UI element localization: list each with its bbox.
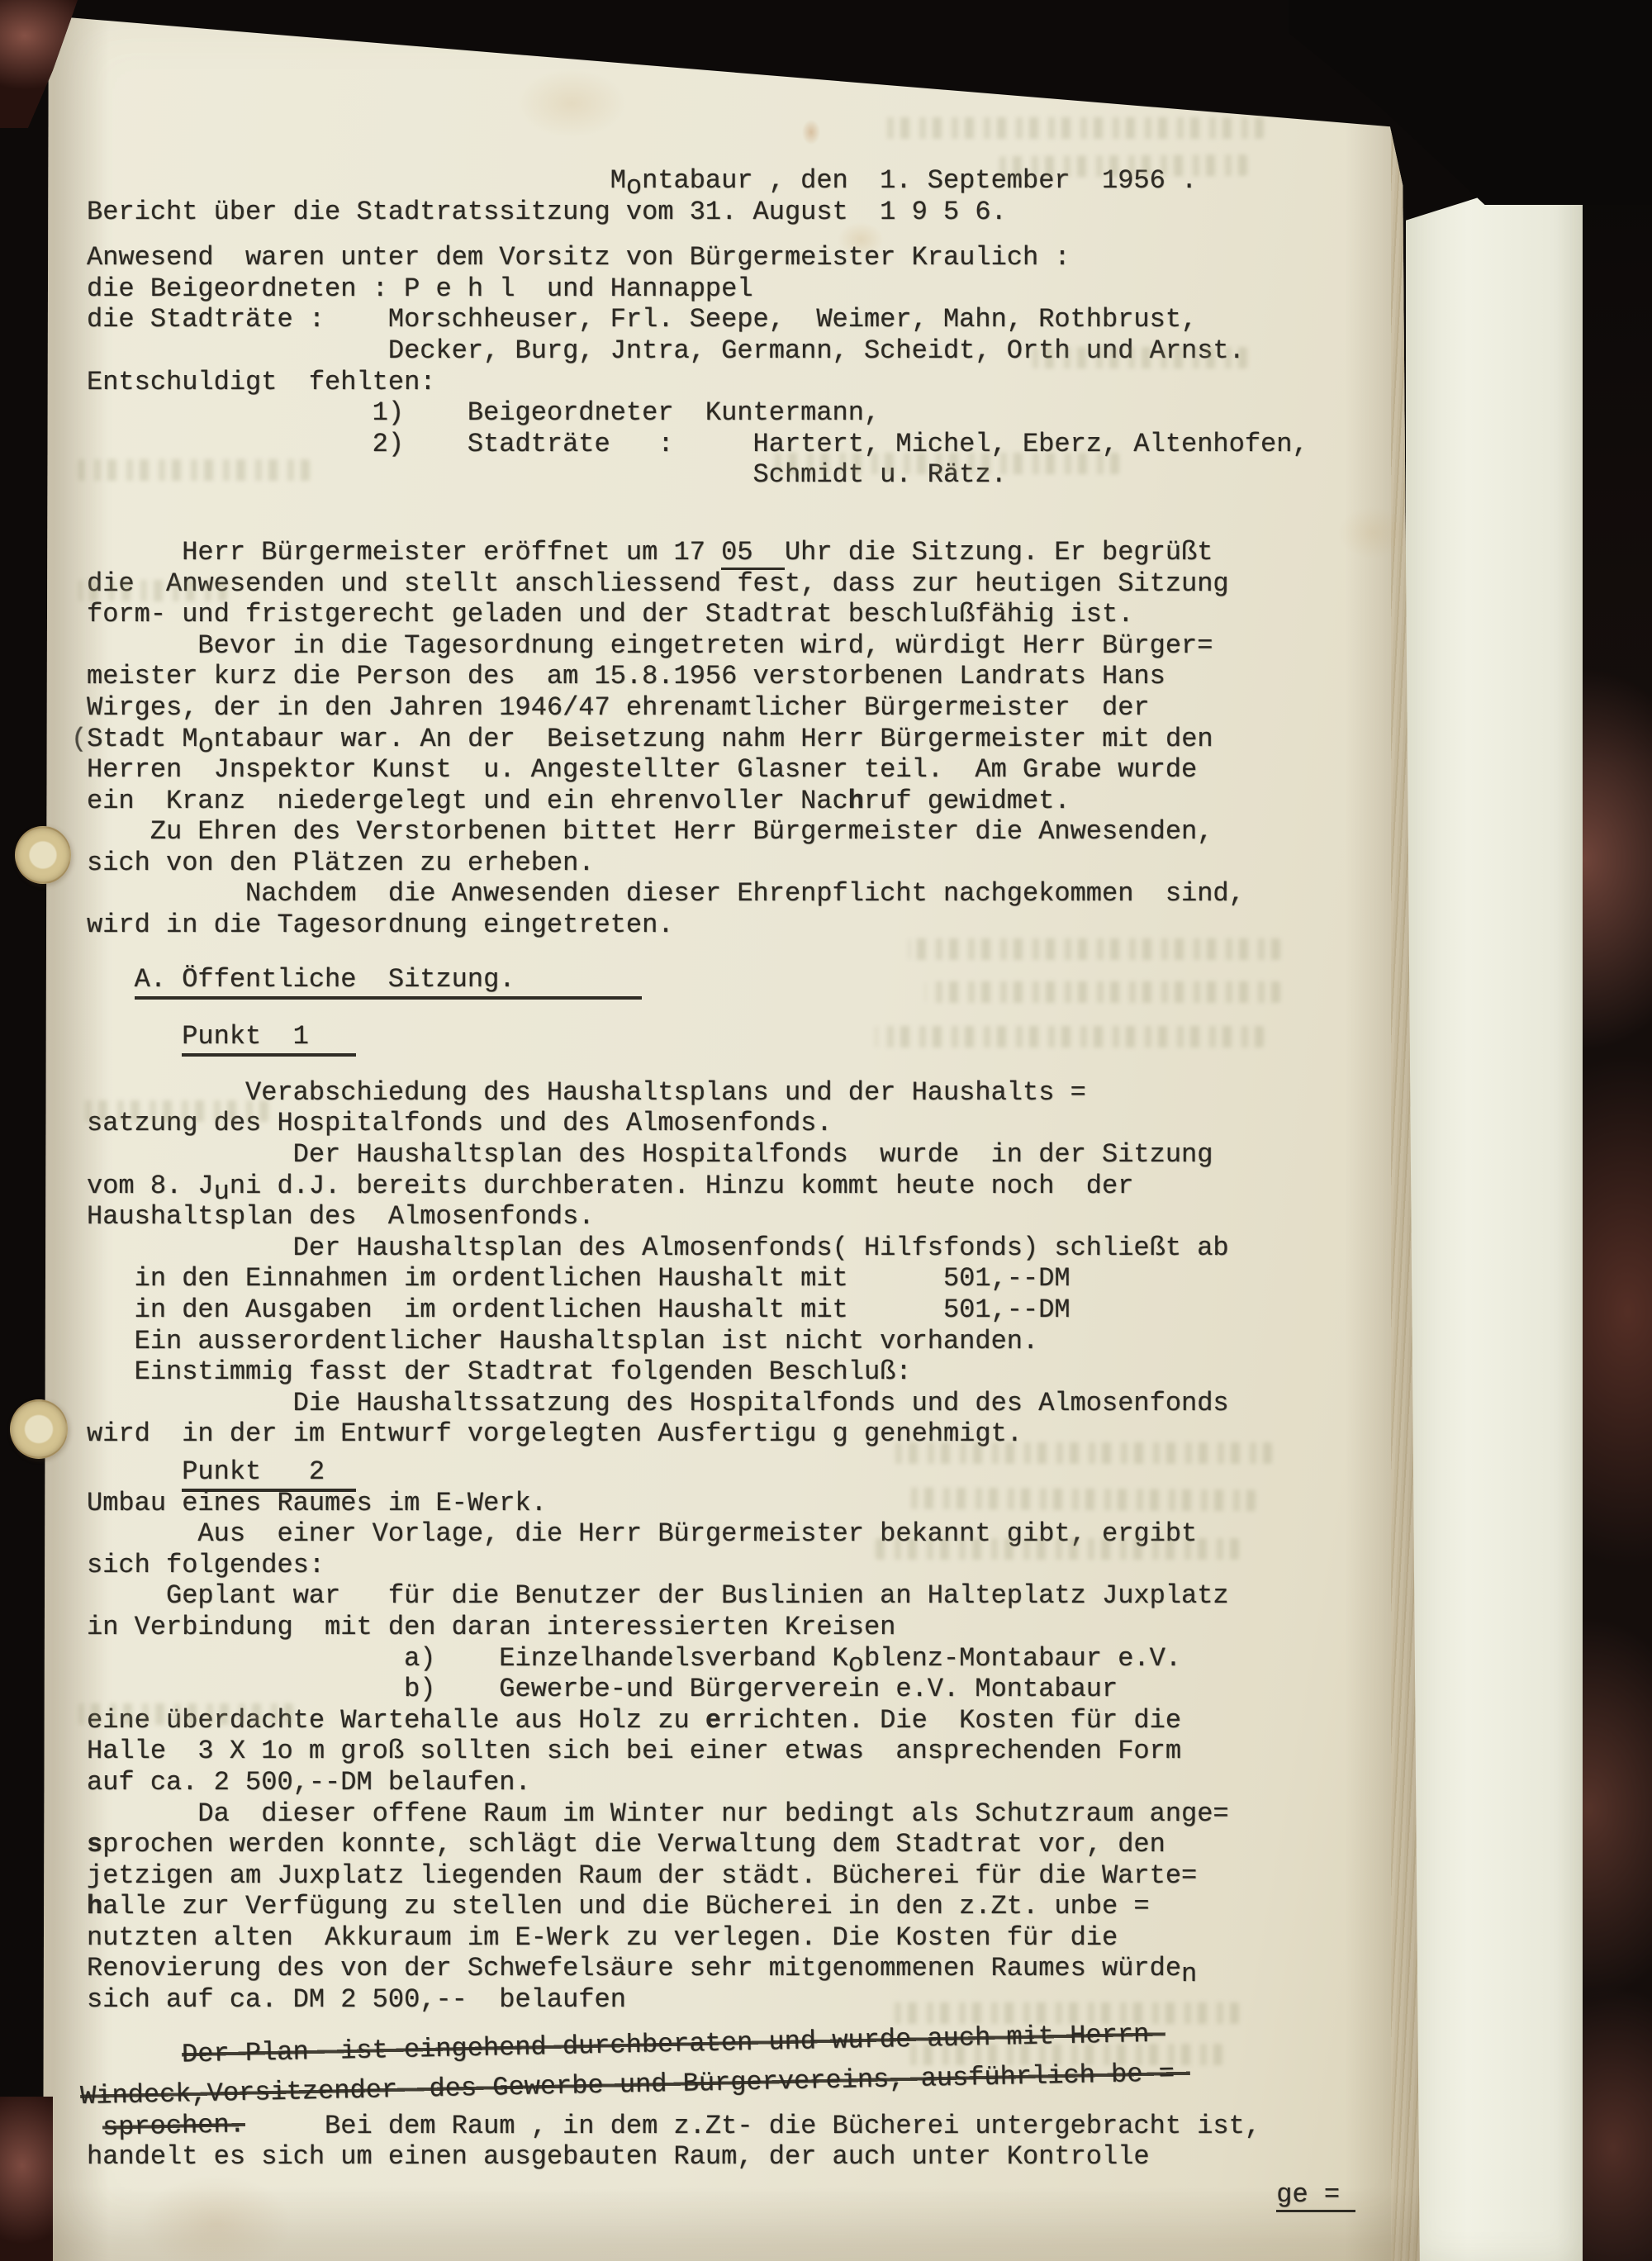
text-line: wird in die Tagesordnung eingetreten.	[87, 910, 1392, 941]
text-line: Herr Bürgermeister eröffnet um 17 05 Uhr…	[87, 537, 1392, 568]
text-segment-strike: sprochen.	[102, 2109, 246, 2143]
text-segment: Zu Ehren des Verstorbenen bittet Herr Bü…	[87, 816, 1213, 847]
text-segment	[87, 964, 135, 995]
text-segment-u: 05	[721, 537, 785, 570]
text-line: die Beigeordneten : P e h l und Hannappe…	[87, 273, 1392, 305]
text-segment: ni d.J. bereits durchberaten. Hinzu komm…	[230, 1171, 1134, 1201]
text-line: Da dieser offene Raum im Winter nur bedi…	[87, 1798, 1392, 1830]
text-segment	[87, 2111, 102, 2141]
text-line: Wirges, der in den Jahren 1946/47 ehrena…	[87, 692, 1392, 724]
text-segment: ntabaur war. An der Beisetzung nahm Herr…	[214, 724, 1213, 754]
text-segment: Da dieser offene Raum im Winter nur bedi…	[87, 1798, 1229, 1829]
text-segment: nutzten alten Akkuraum im E-Werk zu verl…	[87, 1922, 1118, 1953]
text-line: A. Öffentliche Sitzung.	[87, 964, 1392, 995]
text-line: a) Einzelhandelsverband Koblenz-Montabau…	[87, 1643, 1392, 1674]
text-segment	[87, 2029, 182, 2059]
text-segment: Einstimmig fasst der Stadtrat folgenden …	[87, 1356, 912, 1387]
text-line: Geplant war für die Benutzer der Buslini…	[87, 1580, 1392, 1612]
text-line: Punkt 2	[87, 1456, 1392, 1488]
text-line: sprochen werden konnte, schlägt die Verw…	[87, 1829, 1392, 1860]
text-segment: Haushaltsplan des Almosenfonds.	[87, 1201, 595, 1232]
text-line: Nachdem die Anwesenden dieser Ehrenpflic…	[87, 878, 1392, 910]
text-segment-sub: o	[198, 729, 214, 761]
text-segment: Der Haushaltsplan des Hospitalfonds wurd…	[87, 1139, 1213, 1170]
text-segment: Verabschiedung des Haushaltsplans und de…	[87, 1077, 1086, 1108]
text-line: Windeck,Vorsitzender des Gewerbe und Bür…	[80, 2069, 1392, 2101]
text-line: in den Einnahmen im ordentlichen Haushal…	[87, 1263, 1392, 1294]
text-line: Decker, Burg, Jntra, Germann, Scheidt, O…	[87, 335, 1392, 367]
photographed-book-page: { "colors": { "page": "#eae6d4", "ink": …	[0, 0, 1652, 2261]
text-segment: Herr Bürgermeister eröffnet um 17	[87, 537, 721, 568]
text-line: b) Gewerbe-und Bürgerverein e.V. Montaba…	[87, 1674, 1392, 1705]
text-line: Umbau eines Raumes im E-Werk.	[87, 1488, 1392, 1519]
text-segment-b: s	[87, 1829, 102, 1860]
text-segment: satzung des Hospitalfonds und des Almose…	[87, 1108, 833, 1138]
text-line: Halle 3 X 1o m groß sollten sich bei ein…	[87, 1736, 1392, 1767]
text-segment: Bericht über die Stadtratssitzung vom 31…	[87, 197, 1007, 227]
text-line: Ein ausserordentlicher Haushaltsplan ist…	[87, 1326, 1392, 1357]
text-segment-b: e	[705, 1705, 721, 1736]
text-segment: Geplant war für die Benutzer der Buslini…	[87, 1580, 1229, 1611]
text-segment: in den Einnahmen im ordentlichen Haushal…	[87, 1263, 1070, 1294]
text-segment-u2: Punkt 2	[182, 1456, 356, 1492]
text-segment	[87, 1021, 182, 1052]
text-segment-u2: Punkt 1	[182, 1021, 356, 1057]
text-line: vom 8. Juni d.J. bereits durchberaten. H…	[87, 1171, 1392, 1202]
text-segment	[87, 2179, 1276, 2210]
text-segment: ntabaur , den 1. September 1956 .	[642, 165, 1197, 196]
text-line: die Stadträte : Morschheuser, Frl. Seepe…	[87, 304, 1392, 335]
text-segment: Der Haushaltsplan des Almosenfonds( Hilf…	[87, 1233, 1229, 1263]
text-line: Der Haushaltsplan des Almosenfonds( Hilf…	[87, 1233, 1392, 1264]
text-segment: Schmidt u. Rätz.	[87, 459, 1007, 490]
text-line: 2) Stadträte : Hartert, Michel, Eberz, A…	[87, 429, 1392, 460]
text-segment	[87, 1456, 182, 1487]
text-line: Die Haushaltssatzung des Hospitalfonds u…	[87, 1388, 1392, 1419]
text-line: (Stadt Montabaur war. An der Beisetzung …	[71, 724, 1392, 755]
text-line: sprochen. Bei dem Raum , in dem z.Zt- di…	[87, 2111, 1392, 2142]
text-segment: 1) Beigeordneter Kuntermann,	[87, 397, 880, 428]
text-segment-sub: o	[848, 1649, 864, 1680]
text-line: ein Kranz niedergelegt und ein ehrenvoll…	[87, 786, 1392, 817]
text-segment: Stadt M	[87, 724, 197, 754]
text-segment: Uhr die Sitzung. Er begrüßt	[785, 537, 1213, 568]
text-line: Entschuldigt fehlten:	[87, 367, 1392, 398]
text-line: Punkt 1	[87, 1021, 1392, 1052]
text-segment: wird in die Tagesordnung eingetreten.	[87, 910, 674, 940]
book-cover-bottom-left-corner	[0, 2097, 53, 2261]
text-segment: alle zur Verfügung zu stellen und die Bü…	[102, 1891, 1149, 1921]
text-line: Haushaltsplan des Almosenfonds.	[87, 1201, 1392, 1233]
text-line: sich folgendes:	[87, 1550, 1392, 1581]
text-line: nutzten alten Akkuraum im E-Werk zu verl…	[87, 1922, 1392, 1954]
text-line: Zu Ehren des Verstorbenen bittet Herr Bü…	[87, 816, 1392, 848]
text-segment: Bei dem Raum , in dem z.Zt- die Bücherei…	[245, 2111, 1260, 2141]
text-line: meister kurz die Person des am 15.8.1956…	[87, 661, 1392, 692]
text-segment: Wirges, der in den Jahren 1946/47 ehrena…	[87, 692, 1150, 723]
text-segment: blenz-Montabaur e.V.	[864, 1643, 1181, 1674]
text-line: die Anwesenden und stellt anschliessend …	[87, 568, 1392, 600]
text-segment: vom 8. J	[87, 1171, 214, 1201]
text-line: eine überdachte Wartehalle aus Holz zu e…	[87, 1705, 1392, 1736]
text-segment: Umbau eines Raumes im E-Werk.	[87, 1488, 547, 1518]
text-line: Bericht über die Stadtratssitzung vom 31…	[87, 197, 1392, 228]
text-segment: die Beigeordneten : P e h l und Hannappe…	[87, 273, 753, 304]
text-segment-u2: A. Öffentliche Sitzung.	[135, 964, 643, 1000]
text-line: ge =	[87, 2179, 1392, 2211]
text-segment-faint: (	[71, 724, 87, 754]
text-segment-sub: o	[626, 171, 642, 202]
text-segment: sich folgendes:	[87, 1550, 325, 1580]
text-segment: die Stadträte : Morschheuser, Frl. Seepe…	[87, 304, 1197, 335]
text-segment-b: h	[848, 786, 864, 816]
text-segment: Aus einer Vorlage, die Herr Bürgermeiste…	[87, 1518, 1197, 1549]
underlying-page-stack	[1406, 170, 1583, 2261]
text-segment: jetzigen am Juxplatz liegenden Raum der …	[87, 1860, 1197, 1891]
text-segment: in den Ausgaben im ordentlichen Haushalt…	[87, 1294, 1070, 1325]
typed-text: Montabaur , den 1. September 1956 .Beric…	[87, 165, 1392, 2211]
text-line: Der Plan ist eingehend durchberaten und …	[87, 2029, 1392, 2060]
text-segment-u: ge =	[1276, 2179, 1355, 2212]
text-line: in Verbindung mit den daran interessiert…	[87, 1612, 1392, 1643]
text-line: form- und fristgerecht geladen und der S…	[87, 599, 1392, 630]
text-segment: ruf gewidmet.	[864, 786, 1070, 816]
text-line: 1) Beigeordneter Kuntermann,	[87, 397, 1392, 429]
text-segment: Renovierung des von der Schwefelsäure se…	[87, 1953, 1181, 1983]
text-segment: Anwesend waren unter dem Vorsitz von Bür…	[87, 242, 1070, 273]
text-line: satzung des Hospitalfonds und des Almose…	[87, 1108, 1392, 1139]
text-line: in den Ausgaben im ordentlichen Haushalt…	[87, 1294, 1392, 1326]
text-line: jetzigen am Juxplatz liegenden Raum der …	[87, 1860, 1392, 1892]
text-segment: Decker, Burg, Jntra, Germann, Scheidt, O…	[87, 335, 1245, 366]
text-segment: b) Gewerbe-und Bürgerverein e.V. Montaba…	[87, 1674, 1118, 1704]
text-line: Der Haushaltsplan des Hospitalfonds wurd…	[87, 1139, 1392, 1171]
text-segment: Nachdem die Anwesenden dieser Ehrenpflic…	[87, 878, 1245, 909]
text-segment: Bevor in die Tagesordnung eingetreten wi…	[87, 630, 1213, 661]
text-segment: form- und fristgerecht geladen und der S…	[87, 599, 1133, 629]
text-line: Bevor in die Tagesordnung eingetreten wi…	[87, 630, 1392, 662]
text-segment: 2) Stadträte : Hartert, Michel, Eberz, A…	[87, 429, 1308, 459]
text-line: Verabschiedung des Haushaltsplans und de…	[87, 1077, 1392, 1109]
text-segment: Ein ausserordentlicher Haushaltsplan ist…	[87, 1326, 1038, 1356]
text-segment-sub: u	[214, 1176, 230, 1208]
text-line: Renovierung des von der Schwefelsäure se…	[87, 1953, 1392, 1984]
text-segment: Halle 3 X 1o m groß sollten sich bei ein…	[87, 1736, 1181, 1766]
text-line: Montabaur , den 1. September 1956 .	[87, 165, 1392, 197]
text-line: wird in der im Entwurf vorgelegten Ausfe…	[87, 1418, 1392, 1450]
text-line: Anwesend waren unter dem Vorsitz von Bür…	[87, 242, 1392, 273]
text-line: Aus einer Vorlage, die Herr Bürgermeiste…	[87, 1518, 1392, 1550]
punch-hole-reinforcement-bottom	[10, 1399, 68, 1459]
text-segment: die Anwesenden und stellt anschliessend …	[87, 568, 1229, 599]
text-segment: handelt es sich um einen ausgebauten Rau…	[87, 2141, 1150, 2172]
text-segment: M	[87, 165, 626, 196]
text-line: auf ca. 2 500,--DM belaufen.	[87, 1767, 1392, 1798]
text-line: Einstimmig fasst der Stadtrat folgenden …	[87, 1356, 1392, 1388]
text-line: Herren Jnspektor Kunst u. Angestellter G…	[87, 754, 1392, 786]
text-segment: wird in der im Entwurf vorgelegten Ausfe…	[87, 1418, 1023, 1449]
text-segment: ein Kranz niedergelegt und ein ehrenvoll…	[87, 786, 848, 816]
text-segment: sich von den Plätzen zu erheben.	[87, 848, 595, 878]
punch-hole-reinforcement-top	[15, 826, 71, 884]
text-line: halle zur Verfügung zu stellen und die B…	[87, 1891, 1392, 1922]
text-segment: sich auf ca. DM 2 500,-- belaufen	[87, 1984, 626, 2015]
text-segment: auf ca. 2 500,--DM belaufen.	[87, 1767, 531, 1798]
text-segment: Entschuldigt fehlten:	[87, 367, 435, 397]
text-segment-sub: n	[1181, 1959, 1197, 1990]
text-segment: Herren Jnspektor Kunst u. Angestellter G…	[87, 754, 1197, 785]
text-segment: Die Haushaltssatzung des Hospitalfonds u…	[87, 1388, 1229, 1418]
text-line: handelt es sich um einen ausgebauten Rau…	[87, 2141, 1392, 2173]
text-line: sich von den Plätzen zu erheben.	[87, 848, 1392, 879]
text-segment-b: h	[87, 1891, 102, 1921]
text-segment: in Verbindung mit den daran interessiert…	[87, 1612, 895, 1642]
text-segment: meister kurz die Person des am 15.8.1956…	[87, 661, 1165, 691]
text-segment: eine überdachte Wartehalle aus Holz zu	[87, 1705, 705, 1736]
text-line: Schmidt u. Rätz.	[87, 459, 1392, 491]
text-segment: rrichten. Die Kosten für die	[721, 1705, 1181, 1736]
text-segment: prochen werden konnte, schlägt die Verwa…	[102, 1829, 1165, 1860]
text-segment: a) Einzelhandelsverband K	[87, 1643, 848, 1674]
